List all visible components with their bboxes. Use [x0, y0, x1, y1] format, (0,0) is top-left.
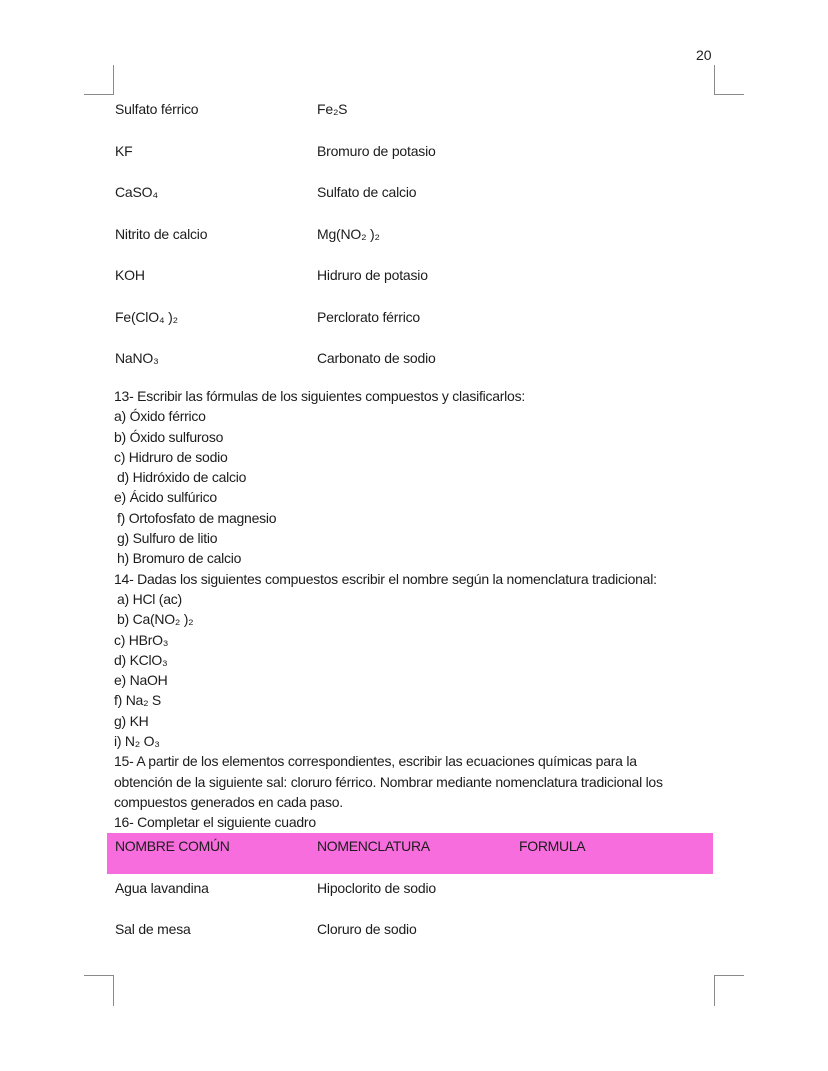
table-header-nomenclature: NOMENCLATURA [317, 838, 430, 854]
table-cell: Cloruro de sodio [317, 919, 417, 939]
pair-right: Hidruro de potasio [317, 265, 428, 285]
crop-mark-bottom-left-v [113, 975, 114, 1006]
pair-right: Bromuro de potasio [317, 141, 436, 161]
q13-item: b) Óxido sulfuroso [114, 427, 663, 447]
crop-mark-bottom-right-h [714, 975, 744, 976]
table-cell: Hipoclorito de sodio [317, 878, 436, 898]
pair-left: NaNO₃ [115, 348, 159, 368]
q14-item: c) HBrO₃ [114, 630, 663, 650]
pair-right: Fe₂S [317, 99, 347, 119]
q15-line: compuestos generados en cada paso. [114, 792, 663, 812]
q13-item: c) Hidruro de sodio [114, 447, 663, 467]
q14-item: i) N₂ O₃ [114, 731, 663, 751]
pair-left: KF [115, 141, 133, 161]
q13-item: g) Sulfuro de litio [114, 528, 663, 548]
crop-mark-bottom-right-v [714, 975, 715, 1006]
q13-item: h) Bromuro de calcio [114, 548, 663, 568]
questions: 13- Escribir las fórmulas de los siguien… [114, 386, 663, 833]
q14-title: 14- Dadas los siguientes compuestos escr… [114, 569, 663, 589]
crop-mark-top-right-v [714, 65, 715, 95]
q13-title: 13- Escribir las fórmulas de los siguien… [114, 386, 663, 406]
pair-right: Perclorato férrico [317, 307, 420, 327]
q13-item: d) Hidróxido de calcio [114, 467, 663, 487]
crop-mark-bottom-left-h [84, 975, 114, 976]
pair-left: Sulfato férrico [115, 99, 198, 119]
page-number: 20 [696, 47, 712, 63]
q14-item: b) Ca(NO₂ )₂ [114, 609, 663, 629]
q14-item: a) HCl (ac) [114, 589, 663, 609]
q13-item: f) Ortofosfato de magnesio [114, 508, 663, 528]
q16-title: 16- Completar el siguiente cuadro [114, 812, 663, 832]
crop-mark-top-left-v [113, 65, 114, 95]
q15-line: obtención de la siguiente sal: cloruro f… [114, 772, 663, 792]
table-header-formula: FORMULA [519, 838, 585, 854]
pair-right: Carbonato de sodio [317, 348, 436, 368]
q15-line: 15- A partir de los elementos correspond… [114, 751, 663, 771]
pair-left: KOH [115, 265, 145, 285]
q14-item: d) KClO₃ [114, 650, 663, 670]
table-cell: Sal de mesa [115, 919, 191, 939]
crop-mark-top-left-h [84, 94, 114, 95]
q14-item: g) KH [114, 711, 663, 731]
q13-item: e) Ácido sulfúrico [114, 487, 663, 507]
crop-mark-top-right-h [714, 94, 744, 95]
pair-left: CaSO₄ [115, 182, 158, 202]
table-cell: Agua lavandina [115, 878, 209, 898]
pair-right: Sulfato de calcio [317, 182, 416, 202]
q13-item: a) Óxido férrico [114, 406, 663, 426]
table-header-common-name: NOMBRE COMÚN [115, 838, 230, 854]
pair-left: Fe(ClO₄ )₂ [115, 307, 178, 327]
pair-left: Nitrito de calcio [115, 224, 207, 244]
pair-right: Mg(NO₂ )₂ [317, 224, 380, 244]
q14-item: f) Na₂ S [114, 690, 663, 710]
q14-item: e) NaOH [114, 670, 663, 690]
